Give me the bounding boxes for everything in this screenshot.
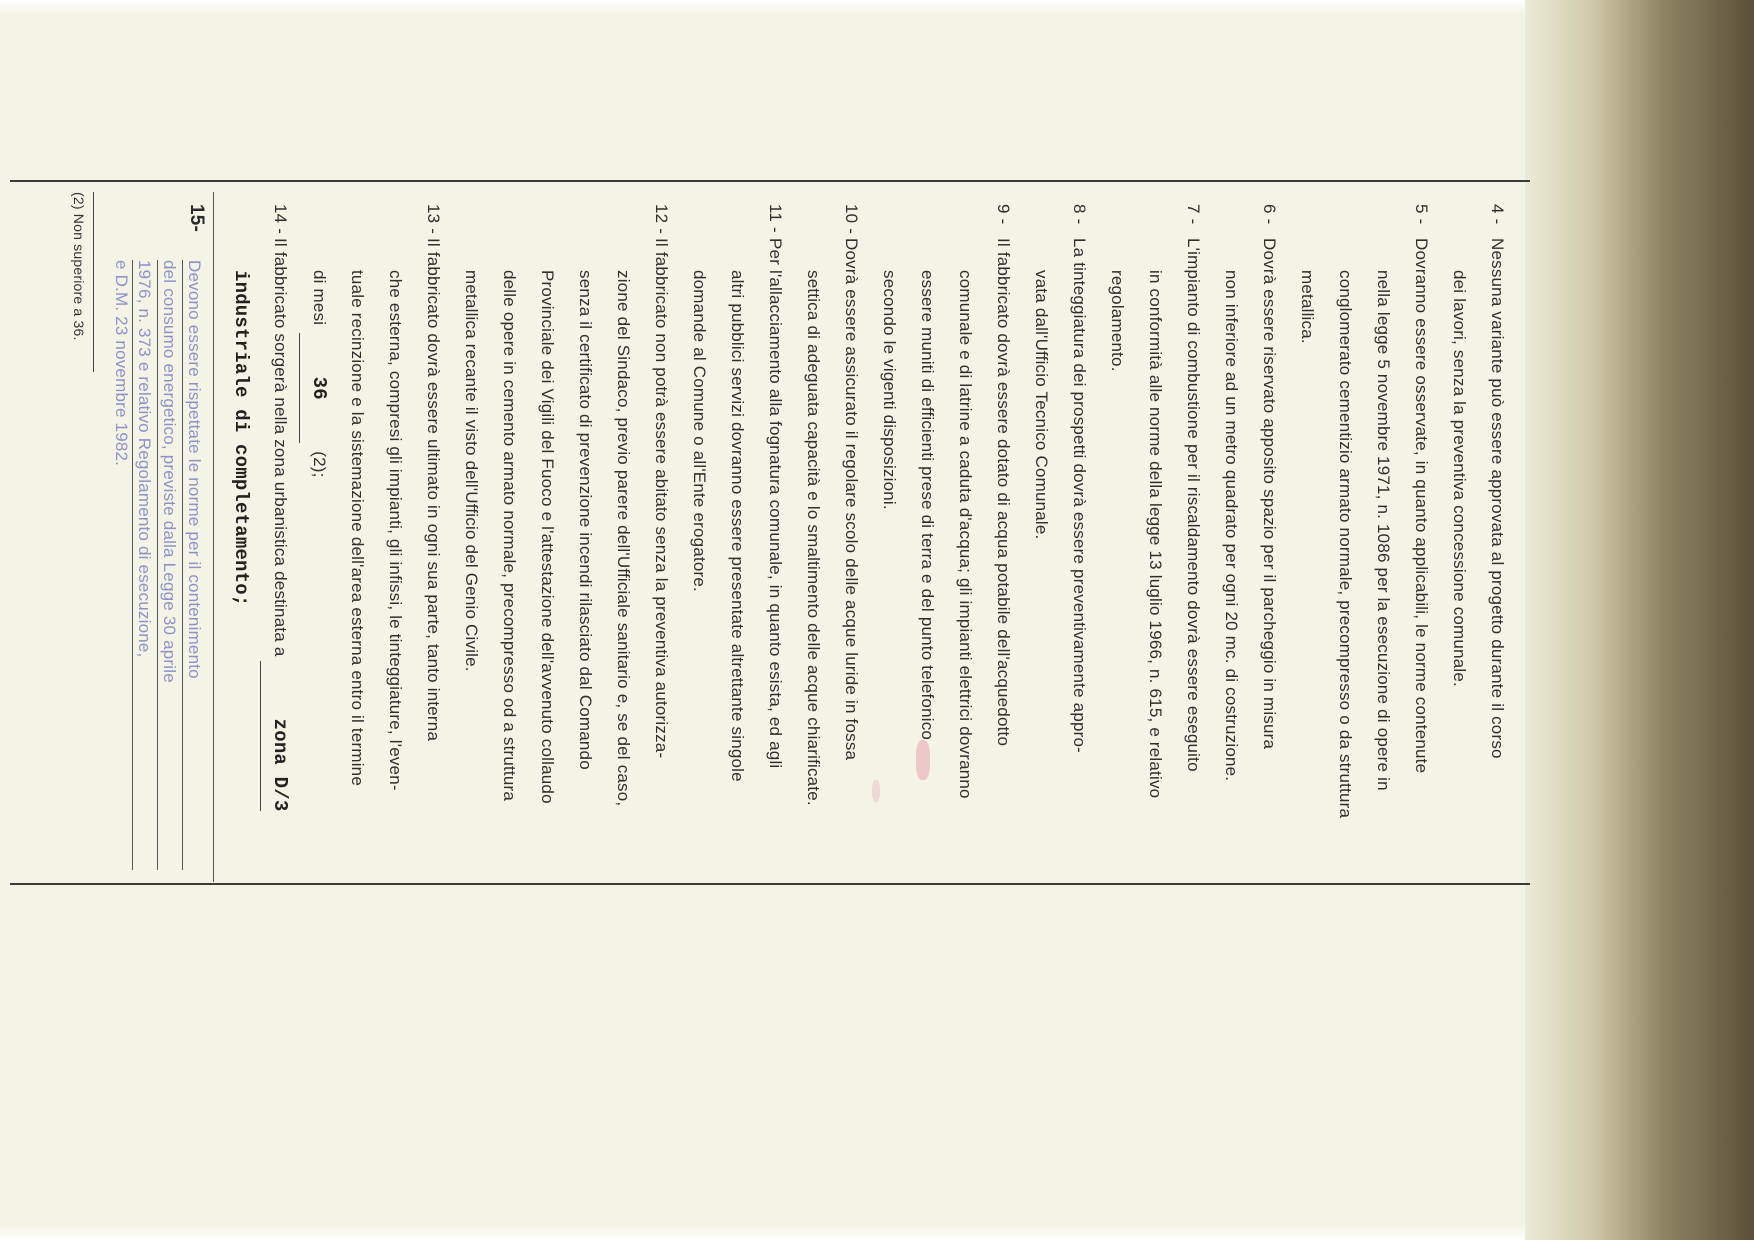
clause-line: zione del Sindaco, previo parere dell'Uf… xyxy=(604,238,642,870)
footnote-rule xyxy=(93,192,94,372)
clause-line: comunale e di latrine a caduta d'acqua; … xyxy=(946,238,984,870)
clause-line: Dovranno essere osservate, in quanto app… xyxy=(1402,238,1440,870)
clause-10: 10 -Dovrà essere assicurato il regolare … xyxy=(794,210,870,870)
stamp-line: del consumo energetico, previste dalla L… xyxy=(157,260,182,870)
clause-line: nella legge 5 novembre 1971, n. 1086 per… xyxy=(1364,238,1402,870)
clause-line: metallica recante il visto dell'Ufficio … xyxy=(452,238,490,870)
clause-line: tuale recinzione e la sistemazione dell'… xyxy=(338,238,376,870)
clause-line: Nessuna variante può essere approvata al… xyxy=(1478,238,1516,870)
clause-number: 8 - xyxy=(1060,204,1098,224)
clause-line: vata dall'Ufficio Tecnico Comunale. xyxy=(1022,238,1060,870)
months-line: di mesi36(2); xyxy=(299,238,338,870)
rotated-document-page: 4 -Nessuna variante può essere approvata… xyxy=(10,180,1530,885)
clause-6: 6 -Dovrà essere riservato apposito spazi… xyxy=(1212,210,1288,870)
clause-number: 12 - xyxy=(642,204,680,234)
clause-4: 4 -Nessuna variante può essere approvata… xyxy=(1440,210,1516,870)
scan-border-bottom xyxy=(0,1225,1754,1240)
clause-15-stamp: 15- Devono essere rispettate le norme pe… xyxy=(110,210,207,870)
clause-line: senza il certificato di prevenzione ince… xyxy=(566,238,604,870)
clause-line: L'impianto di combustione per il riscald… xyxy=(1174,238,1212,870)
page-rule-right xyxy=(10,883,1530,885)
separator-rule xyxy=(213,192,214,882)
clause-11: 11 -Per l'allacciamento alla fognatura c… xyxy=(680,210,794,870)
page-rule-left xyxy=(10,180,1530,182)
typed-zone: zona D/3 xyxy=(269,719,291,812)
footnote-ref: (2); xyxy=(310,451,329,477)
clause-number: 5 - xyxy=(1402,204,1440,224)
numbered-clauses: 4 -Nessuna variante può essere approvata… xyxy=(299,210,1516,870)
clause-line: Il fabbricato non potrà essere abitato s… xyxy=(642,238,680,870)
typed-zone-description: industriale di completamento; xyxy=(222,238,260,870)
clause-line: Il fabbricato dovrà essere ultimato in o… xyxy=(414,238,452,870)
clause-8: 8 -La tinteggiatura dei prospetti dovrà … xyxy=(1022,210,1098,870)
clause-line: conglomerato cementizio armato normale, … xyxy=(1326,238,1364,870)
months-value: 36 xyxy=(308,377,330,400)
stamp-line: 1976, n. 373 e relativo Regolamento di e… xyxy=(132,260,157,870)
clause-line: Dovrà essere assicurato il regolare scol… xyxy=(832,238,870,870)
clause-number: 9 - xyxy=(984,204,1022,224)
footnote: (2) Non superiore a 36. xyxy=(69,192,89,852)
stamp-line: Devono essere rispettate le norme per il… xyxy=(182,260,207,870)
clause-9: 9 -Il fabbricato dovrà essere dotato di … xyxy=(870,210,1022,870)
clause-line: metallica. xyxy=(1288,238,1326,870)
stamp-line: e D.M. 23 novembre 1982. xyxy=(110,260,132,870)
clause-line: Provinciale dei Vigili del Fuoco e l'att… xyxy=(528,238,566,870)
clause-5: 5 -Dovranno essere osservate, in quanto … xyxy=(1288,210,1440,870)
clause-number: 6 - xyxy=(1250,204,1288,224)
clause-number: 4 - xyxy=(1478,204,1516,224)
clause-12: 12 -Il fabbricato non potrà essere abita… xyxy=(452,210,680,870)
clause-line: dei lavori, senza la preventiva concessi… xyxy=(1440,238,1478,870)
clause-line: altri pubblici servizi dovranno essere p… xyxy=(718,238,756,870)
clause-14: 14 - Il fabbricato sorgerà nella zona ur… xyxy=(222,210,299,870)
clause-line: secondo le vigenti disposizioni. xyxy=(870,238,908,870)
clause-line: Per l'allacciamento alla fognatura comun… xyxy=(756,238,794,870)
clause-line: Il fabbricato dovrà essere dotato di acq… xyxy=(984,238,1022,870)
clause-line: La tinteggiatura dei prospetti dovrà ess… xyxy=(1060,238,1098,870)
clause-number: 7 - xyxy=(1174,204,1212,224)
clause-line: che esterna, compresi gli impianti, gli … xyxy=(376,238,414,870)
clause-line: non inferiore ad un metro quadrato per o… xyxy=(1212,238,1250,870)
clause-line: in conformità alle norme della legge 13 … xyxy=(1136,238,1174,870)
clause-line: regolamento. xyxy=(1098,238,1136,870)
clause-line: settica di adeguata capacità e lo smalti… xyxy=(794,238,832,870)
clause-text: Il fabbricato sorgerà nella zona urbanis… xyxy=(271,238,290,657)
scan-border-top xyxy=(0,0,1754,14)
clause-line: Dovrà essere riservato apposito spazio p… xyxy=(1250,238,1288,870)
clause-line: domande al Comune o all'Ente erogatore. xyxy=(680,238,718,870)
clause-7: 7 -L'impianto di combustione per il risc… xyxy=(1098,210,1212,870)
clause-line: delle opere in cemento armato normale, p… xyxy=(490,238,528,870)
clause-number: 15- xyxy=(185,204,207,232)
clause-number: 10 - xyxy=(832,204,870,234)
clause-number: 13 - xyxy=(414,204,452,234)
months-label: di mesi xyxy=(310,270,329,325)
clause-line: essere muniti di efficienti prese di ter… xyxy=(908,238,946,870)
clause-number: 14 - xyxy=(261,204,299,234)
document-body: 4 -Nessuna variante può essere approvata… xyxy=(69,210,1516,870)
clause-number: 11 - xyxy=(756,204,794,233)
clause-13: 13 -Il fabbricato dovrà essere ultimato … xyxy=(299,210,452,870)
scan-shadow-edge xyxy=(1525,0,1754,1240)
